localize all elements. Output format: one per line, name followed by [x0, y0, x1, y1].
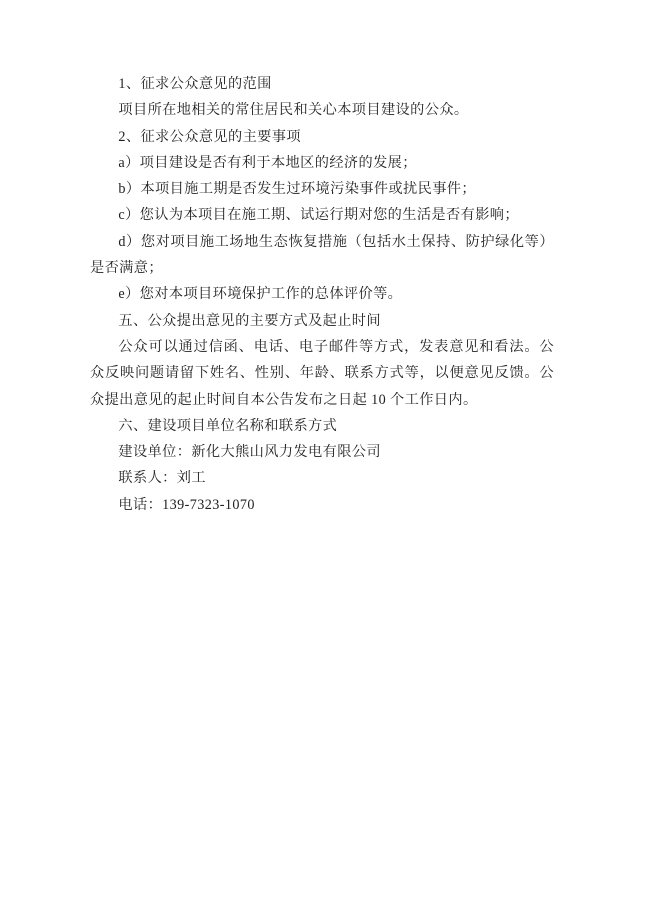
- list-item-e: e）您对本项目环境保护工作的总体评价等。: [90, 281, 554, 307]
- list-item-b: b）本项目施工期是否发生过环境污染事件或扰民事件；: [90, 176, 554, 202]
- contact-company-line: 建设单位：新化大熊山风力发电有限公司: [90, 439, 554, 465]
- document-body: 1、征求公众意见的范围 项目所在地相关的常住居民和关心本项目建设的公众。 2、征…: [90, 71, 554, 518]
- section-1-heading: 1、征求公众意见的范围: [90, 71, 554, 97]
- section-6-heading: 六、建设项目单位名称和联系方式: [90, 413, 554, 439]
- section-1-body: 项目所在地相关的常住居民和关心本项目建设的公众。: [90, 97, 554, 123]
- list-item-d: d）您对项目施工场地生态恢复措施（包括水土保持、防护绿化等）是否满意；: [90, 229, 554, 282]
- contact-person-line: 联系人：刘工: [90, 465, 554, 491]
- contact-phone-line: 电话：139-7323-1070: [90, 492, 554, 518]
- list-item-c: c）您认为本项目在施工期、试运行期对您的生活是否有影响；: [90, 202, 554, 228]
- section-5-body: 公众可以通过信函、电话、电子邮件等方式，发表意见和看法。公众反映问题请留下姓名、…: [90, 334, 554, 413]
- document-page: 1、征求公众意见的范围 项目所在地相关的常住居民和关心本项目建设的公众。 2、征…: [0, 0, 650, 919]
- list-item-a: a）项目建设是否有利于本地区的经济的发展；: [90, 150, 554, 176]
- section-5-heading: 五、公众提出意见的主要方式及起止时间: [90, 308, 554, 334]
- section-2-heading: 2、征求公众意见的主要事项: [90, 124, 554, 150]
